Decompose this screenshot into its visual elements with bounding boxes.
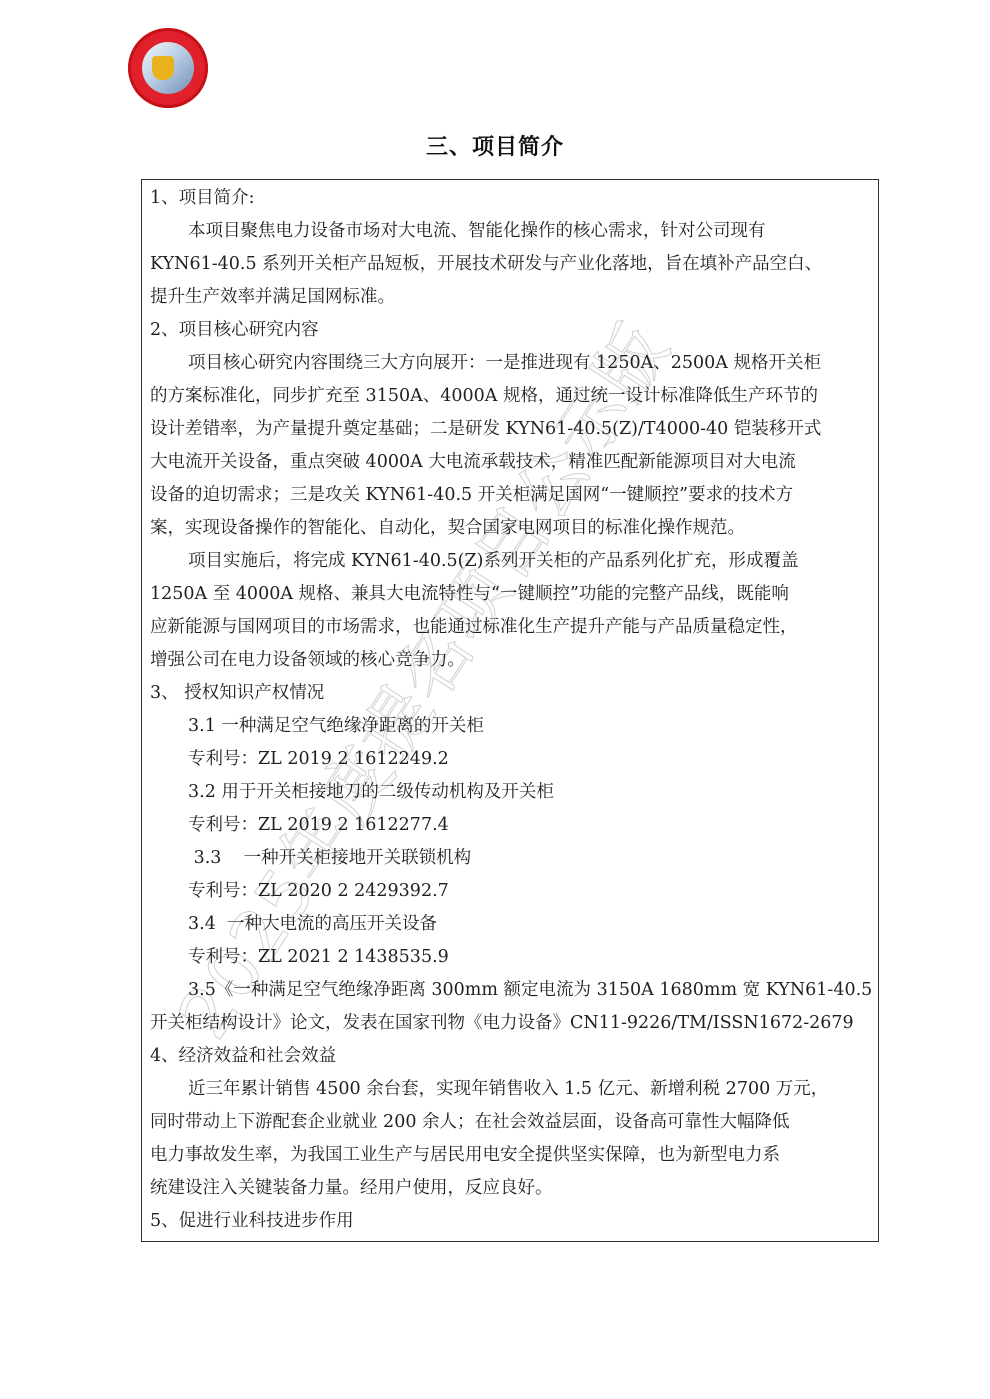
page-title: 三、项目简介	[0, 130, 990, 161]
patent-number: 专利号：ZL 2019 2 1612277.4	[188, 814, 449, 836]
patent-number: 专利号：ZL 2019 2 1612249.2	[188, 748, 449, 770]
paragraph-line: 设计差错率，为产量提升奠定基础；二是研发 KYN61-40.5(Z)/T4000…	[150, 418, 821, 440]
paragraph-line: 应新能源与国网项目的市场需求，也能通过标准化生产提升产能与产品质量稳定性，	[150, 616, 798, 638]
paragraph-line: 统建设注入关键装备力量。经用户使用，反应良好。	[150, 1177, 553, 1199]
paragraph-line: 近三年累计销售 4500 余台套，实现年销售收入 1.5 亿元、新增利税 270…	[188, 1078, 828, 1100]
section-heading-5: 5、促进行业科技进步作用	[150, 1210, 354, 1232]
paragraph-line: 本项目聚焦电力设备市场对大电流、智能化操作的核心需求，针对公司现有	[188, 220, 766, 242]
patent-title: 3.3 一种开关柜接地开关联锁机构	[188, 847, 471, 869]
patent-title: 3.1 一种满足空气绝缘净距离的开关柜	[188, 715, 484, 737]
paragraph-line: 同时带动上下游配套企业就业 200 余人；在社会效益层面，设备高可靠性大幅降低	[150, 1111, 790, 1133]
paragraph-line: KYN61-40.5 系列开关柜产品短板，开展技术研发与产业化落地，旨在填补产品…	[150, 253, 822, 275]
section-heading-1: 1、项目简介:	[150, 187, 255, 209]
patent-title: 3.4 一种大电流的高压开关设备	[188, 913, 437, 935]
paper-title: 3.5《一种满足空气绝缘净距离 300mm 额定电流为 3150A 1680mm…	[188, 979, 872, 1001]
paper-publication: 开关柜结构设计》论文，发表在国家刊物《电力设备》CN11-9226/TM/ISS…	[150, 1012, 854, 1034]
paragraph-line: 电力事故发生率，为我国工业生产与居民用电安全提供坚实保障，也为新型电力系	[150, 1144, 780, 1166]
paragraph-line: 项目实施后，将完成 KYN61-40.5(Z)系列开关柜的产品系列化扩充，形成覆…	[188, 550, 799, 572]
patent-number: 专利号：ZL 2020 2 2429392.7	[188, 880, 449, 902]
section-heading-3: 3、 授权知识产权情况	[150, 682, 324, 704]
patent-number: 专利号：ZL 2021 2 1438535.9	[188, 946, 449, 968]
paragraph-line: 的方案标准化，同步扩充至 3150A、4000A 规格，通过统一设计标准降低生产…	[150, 385, 818, 407]
patent-title: 3.2 用于开关柜接地刀的二级传动机构及开关柜	[188, 781, 554, 803]
section-heading-2: 2、项目核心研究内容	[150, 319, 319, 341]
paragraph-line: 1250A 至 4000A 规格、兼具大电流特性与“一键顺控”功能的完整产品线，…	[150, 583, 789, 605]
paragraph-line: 项目核心研究内容围绕三大方向展开：一是推进现有 1250A、2500A 规格开关…	[188, 352, 821, 374]
paragraph-line: 案，实现设备操作的智能化、自动化，契合国家电网项目的标准化操作规范。	[150, 517, 745, 539]
paragraph-line: 设备的迫切需求；三是攻关 KYN61-40.5 开关柜满足国网“一键顺控”要求的…	[150, 484, 793, 506]
trophy-icon	[152, 56, 174, 80]
seal-emblem	[142, 42, 194, 94]
section-heading-4: 4、经济效益和社会效益	[150, 1045, 336, 1067]
paragraph-line: 增强公司在电力设备领域的核心竞争力。	[150, 649, 465, 671]
paragraph-line: 大电流开关设备，重点突破 4000A 大电流承载技术，精准匹配新能源项目对大电流	[150, 451, 796, 473]
paragraph-line: 提升生产效率并满足国网标准。	[150, 286, 395, 308]
organization-seal-logo	[128, 28, 208, 108]
